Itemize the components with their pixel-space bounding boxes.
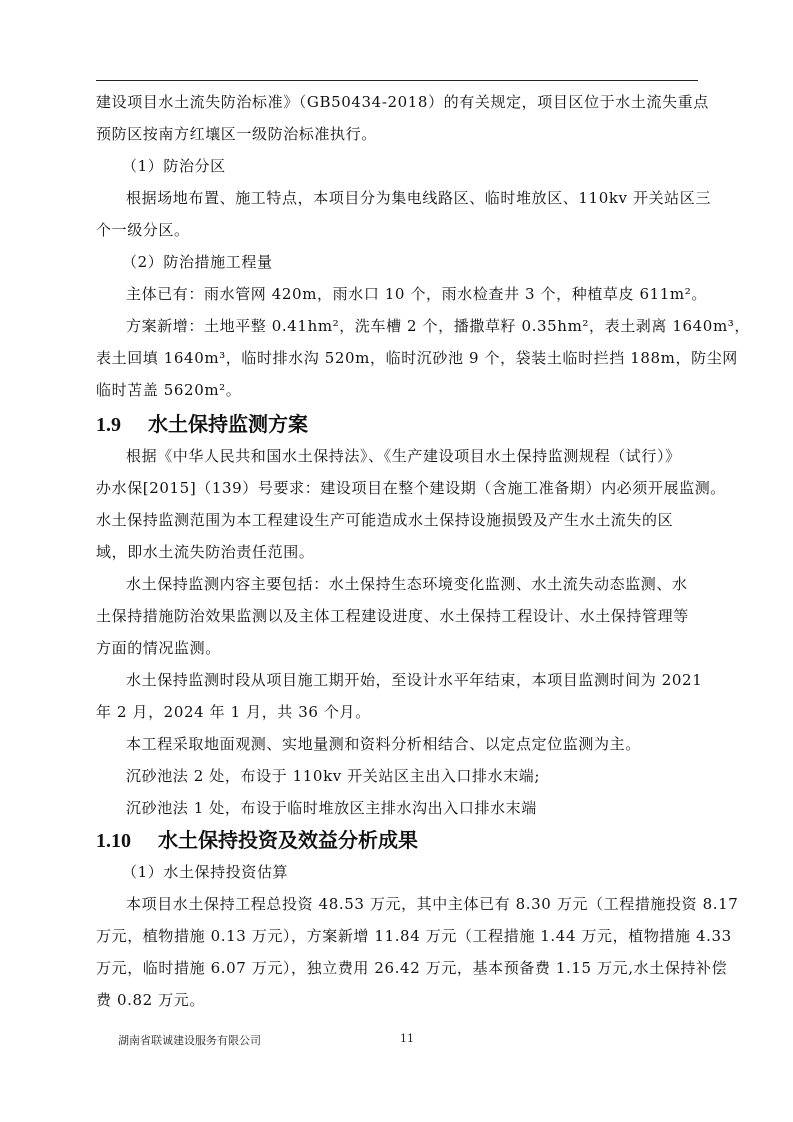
paragraph-line: 土保持措施防治效果监测以及主体工程建设进度、水土保持工程设计、水土保持管理等 — [96, 606, 689, 626]
paragraph-line: 个一级分区。 — [96, 220, 190, 240]
subheading-investment: （1）水土保持投资估算 — [122, 862, 288, 882]
paragraph-line: 表土回填 1640m³，临时排水沟 520m，临时沉砂池 9 个，袋装土临时拦挡… — [96, 348, 738, 368]
paragraph-line: 万元，临时措施 6.07 万元），独立费用 26.42 万元，基本预备费 1.1… — [96, 958, 727, 978]
paragraph-line: 域，即水土流失防治责任范围。 — [96, 542, 314, 562]
paragraph-line: 建设项目水土流失防治标准》（GB50434-2018）的有关规定，项目区位于水土… — [96, 92, 709, 112]
paragraph-line: 沉砂池法 1 处，布设于临时堆放区主排水沟出入口排水末端 — [126, 798, 537, 818]
paragraph-line: 方面的情况监测。 — [96, 638, 221, 658]
footer-company: 湖南省联诚建设服务有限公司 — [118, 1032, 261, 1048]
paragraph-line: 水土保持监测范围为本工程建设生产可能造成水土保持设施损毁及产生水土流失的区 — [96, 510, 673, 530]
section-number: 1.10 — [96, 830, 158, 853]
paragraph-line: 预防区按南方红壤区一级防治标准执行。 — [96, 124, 377, 144]
paragraph-line: 临时苫盖 5620m²。 — [96, 380, 241, 400]
paragraph-line: 主体已有：雨水管网 420m，雨水口 10 个，雨水检查井 3 个，种植草皮 6… — [126, 284, 707, 304]
page-number: 11 — [400, 1032, 414, 1045]
paragraph-line: 本工程采取地面观测、实地量测和资料分析相结合、以定点定位监测为主。 — [126, 734, 641, 754]
header-rule — [96, 80, 698, 81]
paragraph-line: 根据场地布置、施工特点，本项目分为集电线路区、临时堆放区、110kv 开关站区三 — [126, 188, 711, 208]
section-number: 1.9 — [96, 414, 148, 437]
paragraph-line: 办水保[2015]（139）号要求：建设项目在整个建设期（含施工准备期）内必须开… — [96, 478, 726, 498]
subheading-zoning: （1）防治分区 — [122, 156, 226, 176]
paragraph-line: 本项目水土保持工程总投资 48.53 万元，其中主体已有 8.30 万元（工程措… — [126, 894, 738, 914]
paragraph-line: 水土保持监测时段从项目施工期开始，至设计水平年结束，本项目监测时间为 2021 — [126, 670, 702, 690]
section-title: 水土保持监测方案 — [148, 412, 308, 436]
paragraph-line: 方案新增：土地平整 0.41hm²，洗车槽 2 个，播撒草籽 0.35hm²，表… — [126, 316, 750, 336]
paragraph-line: 年 2 月，2024 年 1 月，共 36 个月。 — [96, 702, 371, 722]
subheading-measures: （2）防治措施工程量 — [122, 252, 273, 272]
paragraph-line: 费 0.82 万元。 — [96, 990, 205, 1010]
section-heading-1-9: 1.9水土保持监测方案 — [96, 408, 308, 437]
section-heading-1-10: 1.10水土保持投资及效益分析成果 — [96, 824, 418, 853]
paragraph-line: 沉砂池法 2 处，布设于 110kv 开关站区主出入口排水末端; — [126, 766, 540, 786]
paragraph-line: 根据《中华人民共和国水土保持法》、《生产建设项目水土保持监测规程（试行）》 — [126, 446, 681, 466]
paragraph-line: 水土保持监测内容主要包括：水土保持生态环境变化监测、水土流失动态监测、水 — [126, 574, 688, 594]
section-title: 水土保持投资及效益分析成果 — [158, 828, 418, 852]
paragraph-line: 万元，植物措施 0.13 万元），方案新增 11.84 万元（工程措施 1.44… — [96, 926, 732, 946]
